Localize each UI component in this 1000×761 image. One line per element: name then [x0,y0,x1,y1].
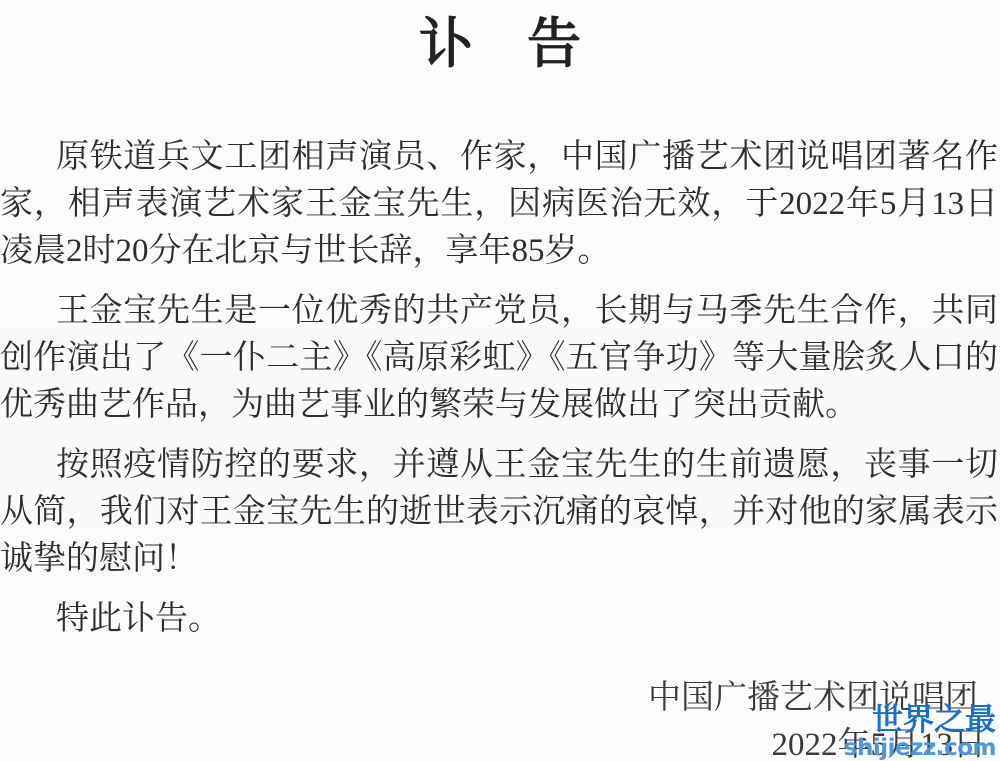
obituary-document: 讣 告 原铁道兵文工团相声演员、作家，中国广播艺术团说唱团著名作家，相声表演艺术… [0,0,1000,761]
signature-organization: 中国广播艺术团说唱团 [0,675,1000,722]
signature-block: 中国广播艺术团说唱团 2022年5月13日 [0,675,1000,761]
notice-paragraph-3: 按照疫情防控的要求，并遵从王金宝先生的生前遗愿，丧事一切从简，我们对王金宝先生的… [0,442,1000,583]
notice-paragraph-1: 原铁道兵文工团相声演员、作家，中国广播艺术团说唱团著名作家，相声表演艺术家王金宝… [0,134,1000,275]
notice-title: 讣 告 [0,14,1000,74]
notice-body: 原铁道兵文工团相声演员、作家，中国广播艺术团说唱团著名作家，相声表演艺术家王金宝… [0,134,1000,643]
notice-paragraph-closing: 特此讣告。 [0,596,1000,643]
signature-date: 2022年5月13日 [0,722,1000,761]
notice-paragraph-2: 王金宝先生是一位优秀的共产党员，长期与马季先生合作，共同创作演出了《一仆二主》《… [0,288,1000,429]
